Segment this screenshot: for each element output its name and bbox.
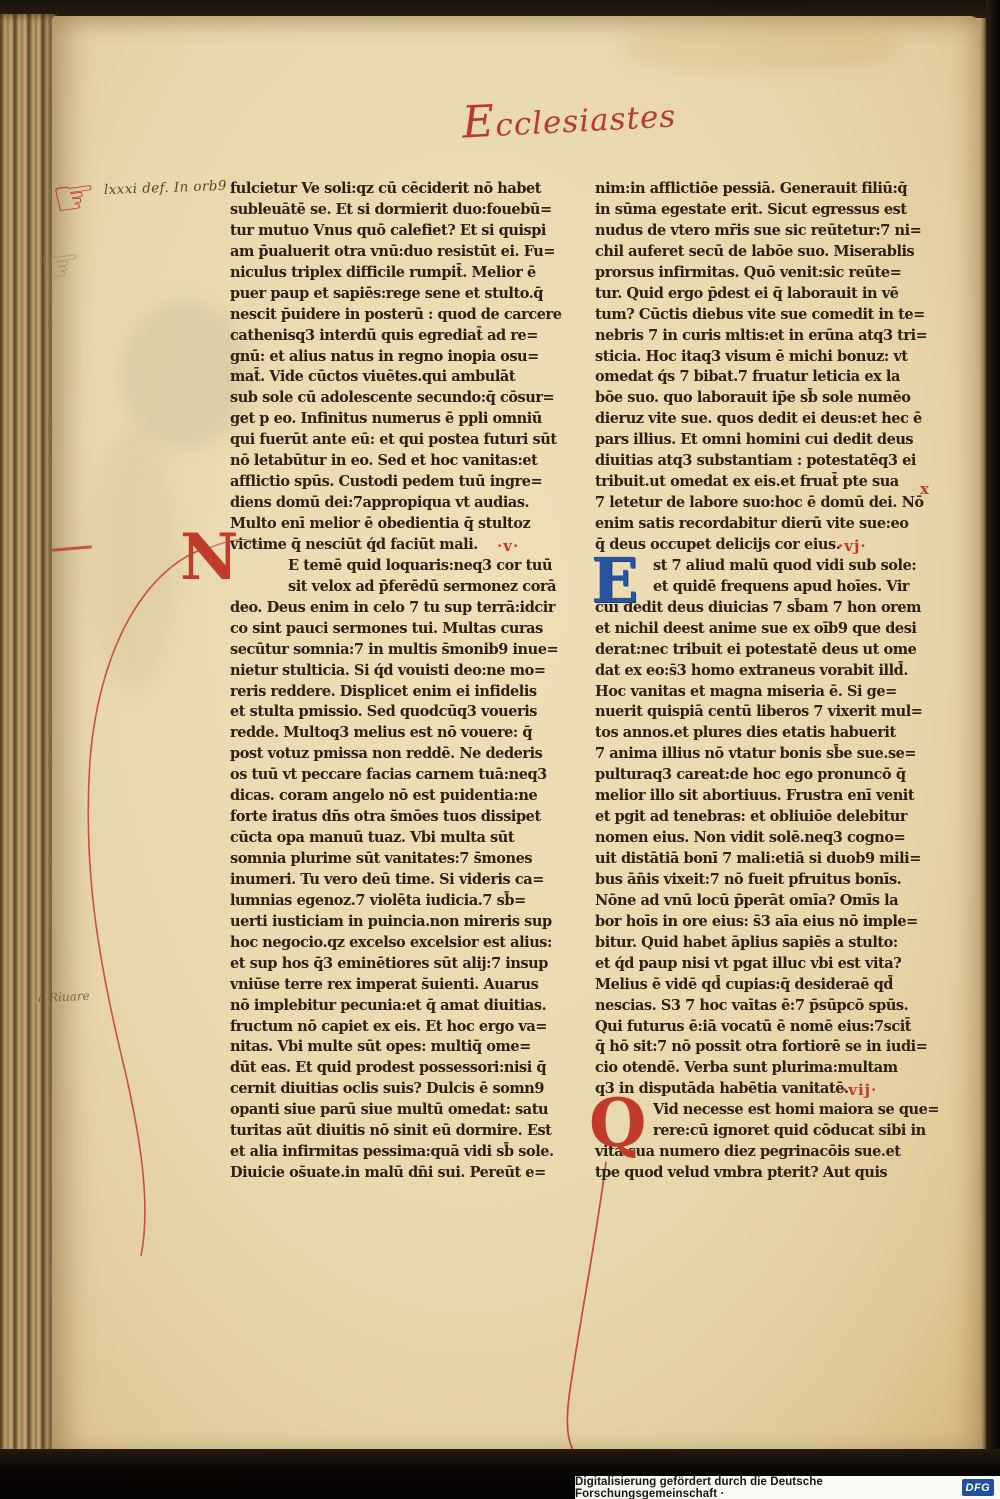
text-line: bitur. Quid habet āplius sapiēs a stulto… xyxy=(595,933,905,954)
text-line: et stulta pmissio. Sed quodcūq3 voueris xyxy=(230,702,540,723)
text-line: afflictio spūs. Custodi pedem tuū ingre= xyxy=(230,472,540,493)
parchment-stain xyxy=(620,22,900,74)
text-line: E temē quid loquaris:neq3 cor tuū xyxy=(230,556,540,577)
text-line: uit distātiā bonī 7 mali:etiā si duob9 m… xyxy=(595,849,905,870)
text-line: subleuātē se. Et si dormierit duo:fouebū… xyxy=(230,200,540,221)
parchment-stain xyxy=(88,430,178,690)
text-line: Qui futurus ē:iā vocatū ē nomē eius:7sci… xyxy=(595,1017,905,1038)
text-line: derat:nec tribuit ei potestatē deus ut o… xyxy=(595,640,905,661)
chapter-numeral-v: ·v· xyxy=(497,537,519,555)
text-line: nō implebitur pecunia:et q̄ amat diuitia… xyxy=(230,996,540,1017)
text-line: get p eo. Infinitus numerus ē ppli omniū xyxy=(230,409,540,430)
text-line: forte iratus dn̄s otra s̄mōes tuos dissi… xyxy=(230,807,540,828)
text-line: inumeri. Tu vero deū time. Si videris ca… xyxy=(230,870,540,891)
text-line: nuerit quispiā centū liberos 7 vixerit m… xyxy=(595,702,905,723)
text-line: melior illo sit abortiuus. Frustra enī v… xyxy=(595,786,905,807)
text-line: niculus triplex difficile rumpit̄. Melio… xyxy=(230,263,540,284)
text-line: nietur stulticia. Si q́d vouisti deo:ne … xyxy=(230,661,540,682)
text-line: nomen eius. Non vidit solē.neq3 cogno= xyxy=(595,828,905,849)
text-line: reris reddere. Displicet enim ei infidel… xyxy=(230,682,540,703)
text-line: nō letabūtur in eo. Sed et hoc vanitas:e… xyxy=(230,451,540,472)
manicula-pointing-hand-icon: ☞ xyxy=(48,165,100,229)
text-line: turitas aūt diuitis nō sinit eū dormire.… xyxy=(230,1121,540,1142)
text-line: dat ex eo:s̄3 homo extraneus vorabit ill… xyxy=(595,661,905,682)
text-line: q̄ hō sit:7 nō possit otra fortiorē se i… xyxy=(595,1037,905,1058)
text-line: et alia infirmitas pessima:quā vidi sb̄ … xyxy=(230,1142,540,1163)
text-line: nescit p̄uidere in posterū : quod de car… xyxy=(230,305,540,326)
text-line: sticia. Hoc itaq3 visum ē michi bonuz: v… xyxy=(595,347,905,368)
lombard-initial-n: N xyxy=(180,526,239,590)
text-line: cui dedit deus diuicias 7 sb̄am 7 hon or… xyxy=(595,598,905,619)
text-line: diens domū dei:7appropiqua vt audias. xyxy=(230,493,540,514)
dfg-logo: DFG xyxy=(962,1479,994,1496)
lombard-initial-e: E xyxy=(591,550,638,612)
text-line: dicas. coram angelo nō est puidentia:ne xyxy=(230,786,540,807)
text-line: fulcietur Ve soli:qz cū cēciderit nō hab… xyxy=(230,179,540,200)
text-line: nebris 7 in curis mltis:et in erūna atq3… xyxy=(595,326,905,347)
text-line: tos annos.et plures dies etatis habuerit xyxy=(595,723,905,744)
text-line: secūtur somnia:7 in multis s̄monib9 inue… xyxy=(230,640,540,661)
chapter-numeral-vii: ·vij· xyxy=(842,1081,877,1099)
text-line: uerti iusticiam in puincia.non mireris s… xyxy=(230,912,540,933)
text-line: tribuit.ut omedat ex eis.et fruat̄ pte s… xyxy=(595,472,905,493)
text-line: pars illius. Et omni homini cui dedit de… xyxy=(595,430,905,451)
book-page-edges xyxy=(0,14,58,1462)
text-line: puer paup et sapiēs:rege sene et stulto.… xyxy=(230,284,540,305)
text-line: tur. Quid ergo p̄dest ei q̄ laborauit in… xyxy=(595,284,905,305)
text-line: bōe suo. quo laborauit ip̄e sb̄ sole num… xyxy=(595,388,905,409)
margin-note-side: o Riuare xyxy=(38,989,90,1006)
digitisation-credit-text: Digitalisierung gefördert durch die Deut… xyxy=(575,1476,955,1499)
text-line: co sint pauci sermones tui. Multas curas xyxy=(230,619,540,640)
text-line: et pgit ad tenebras: et obliuiōe delebit… xyxy=(595,807,905,828)
text-line: gnū: et alius natus in regno inopia osu= xyxy=(230,347,540,368)
text-line: nim:in afflictiōe pessiā. Generauit fili… xyxy=(595,179,905,200)
text-line: somnia plurime sūt vanitates:7 s̄mones xyxy=(230,849,540,870)
text-line: dūt eas. Et quid prodest possessori:nisi… xyxy=(230,1058,540,1079)
text-line: tpe quod velud vmbra pterit? Aut quis xyxy=(595,1163,905,1184)
text-line: vniūse terre rex imperat s̄uienti. Auaru… xyxy=(230,975,540,996)
text-line: qui fuerūt ante eū: et qui postea futuri… xyxy=(230,430,540,451)
text-line: tum? Cūctis diebus vite sue comedit in t… xyxy=(595,305,905,326)
text-line: diuitias atq3 substantiam : potestatēq3 … xyxy=(595,451,905,472)
manicula-pointing-hand-faint-icon: ☞ xyxy=(36,235,84,294)
text-line: nitas. Vbi multe sūt opes: multiq̄ ome= xyxy=(230,1037,540,1058)
text-line: nudus de vtero mr̄is sue sic reūtetur:7 … xyxy=(595,221,905,242)
text-line: chil auferet secū de labōe suo. Miserabl… xyxy=(595,242,905,263)
text-line: dieruz vite sue. quos dedit ei deus:et h… xyxy=(595,409,905,430)
text-line: et nichil deest anime sue ex oīb9 que de… xyxy=(595,619,905,640)
text-line: nescias. S3 7 hoc vaītas ē:7 p̄sūpcō spū… xyxy=(595,996,905,1017)
text-line: lumnias egenoz.7 violēta iudicia.7 sb̄= xyxy=(230,891,540,912)
text-line: tur mutuo Vnus quō calefiet? Et si quisp… xyxy=(230,221,540,242)
text-line: prorsus infirmitas. Quō venit:sic reūte= xyxy=(595,263,905,284)
text-line: cūcta opa manuū tuaz. Vbi multa sūt xyxy=(230,828,540,849)
text-line: fructum nō capiet ex eis. Et hoc ergo va… xyxy=(230,1017,540,1038)
text-line: cathenisq3 interdū quis egrediat̄ ad re= xyxy=(230,326,540,347)
text-line: Diuicie os̄uate.in malū dn̄i sui. Pereūt… xyxy=(230,1163,540,1184)
text-line: 7 anima illius nō vtatur bonis sb̄e sue.… xyxy=(595,744,905,765)
text-line: enim satis recordabitur dierū vite sue:e… xyxy=(595,514,905,535)
text-line: 7 letetur de labore suo:hoc ē domū dei. … xyxy=(595,493,905,514)
text-line: et q́d paup nisi vt pgat illuc vbi est v… xyxy=(595,954,905,975)
text-line: sub sole cū adolescente secundo:q̄ cōsur… xyxy=(230,388,540,409)
text-line: deo. Deus enim in celo 7 tu sup terrā:id… xyxy=(230,598,540,619)
text-line: am p̄ualuerit otra vnū:duo resistūt ei. … xyxy=(230,242,540,263)
text-line: victime q̄ nesciūt q́d faciūt mali. xyxy=(230,535,540,556)
photo-dark-right-edge xyxy=(986,0,1000,1499)
text-line: opanti siue parū siue multū omedat: satu xyxy=(230,1100,540,1121)
lombard-initial-q: Q xyxy=(589,1090,647,1156)
text-line: cernit diuitias oclis suis? Dulcis ē som… xyxy=(230,1079,540,1100)
text-line: in sūma egestate erit. Sicut egressus es… xyxy=(595,200,905,221)
text-line: bor hoīs in ore eius: s̄3 aīa eius nō im… xyxy=(595,912,905,933)
text-line: os tuū vt peccare facias carnem tuā:neq3 xyxy=(230,765,540,786)
text-line: et sup hos q̄3 eminētiores sūt alij:7 in… xyxy=(230,954,540,975)
text-line: pulturaq3 careat:de hoc ego pronuncō q̄ xyxy=(595,765,905,786)
text-line: Nōne ad vnū locū p̄perāt omīa? Omīs la xyxy=(595,891,905,912)
text-line: Melius ē vidē qd̄ cupias:q̄ desideraē qd… xyxy=(595,975,905,996)
text-line: hoc negocio.qz excelso excelsior est ali… xyxy=(230,933,540,954)
text-line: mat̄. Vide cūctos viuētes.qui ambulāt xyxy=(230,367,540,388)
digitisation-credit-bar: Digitalisierung gefördert durch die Deut… xyxy=(575,1476,1000,1499)
manuscript-scan: Ecclesiastes ☞ ☞ lxxxi def. In orb9 o Ri… xyxy=(0,0,1000,1499)
text-line: bus ān̄is vixeit:7 nō fueit pfruitus bon… xyxy=(595,870,905,891)
text-line: redde. Multoq3 melius est nō vouere: q̄ xyxy=(230,723,540,744)
text-line: Multo enī melior ē obedientia q̄ stultoz xyxy=(230,514,540,535)
text-line: sit velox ad p̄ferēdū sermonez corā xyxy=(230,577,540,598)
chapter-numeral-vi: ·vj· xyxy=(838,537,867,555)
text-line: Hoc vanitas et magna miseria ē. Si ge= xyxy=(595,682,905,703)
text-column-right: nim:in afflictiōe pessiā. Generauit fili… xyxy=(595,179,905,1184)
text-line: post votuz pmissa non reddē. Ne dederis xyxy=(230,744,540,765)
text-line: cio otendē. Verba sunt plurima:multam xyxy=(595,1058,905,1079)
text-column-left: fulcietur Ve soli:qz cū cēciderit nō hab… xyxy=(230,179,540,1184)
text-line: omedat q́s 7 bibat.7 fruatur leticia ex … xyxy=(595,367,905,388)
text-line: et quidē frequens apud hoīes. Vir xyxy=(595,577,905,598)
text-line: st 7 aliud malū quod vidi sub sole: xyxy=(595,556,905,577)
